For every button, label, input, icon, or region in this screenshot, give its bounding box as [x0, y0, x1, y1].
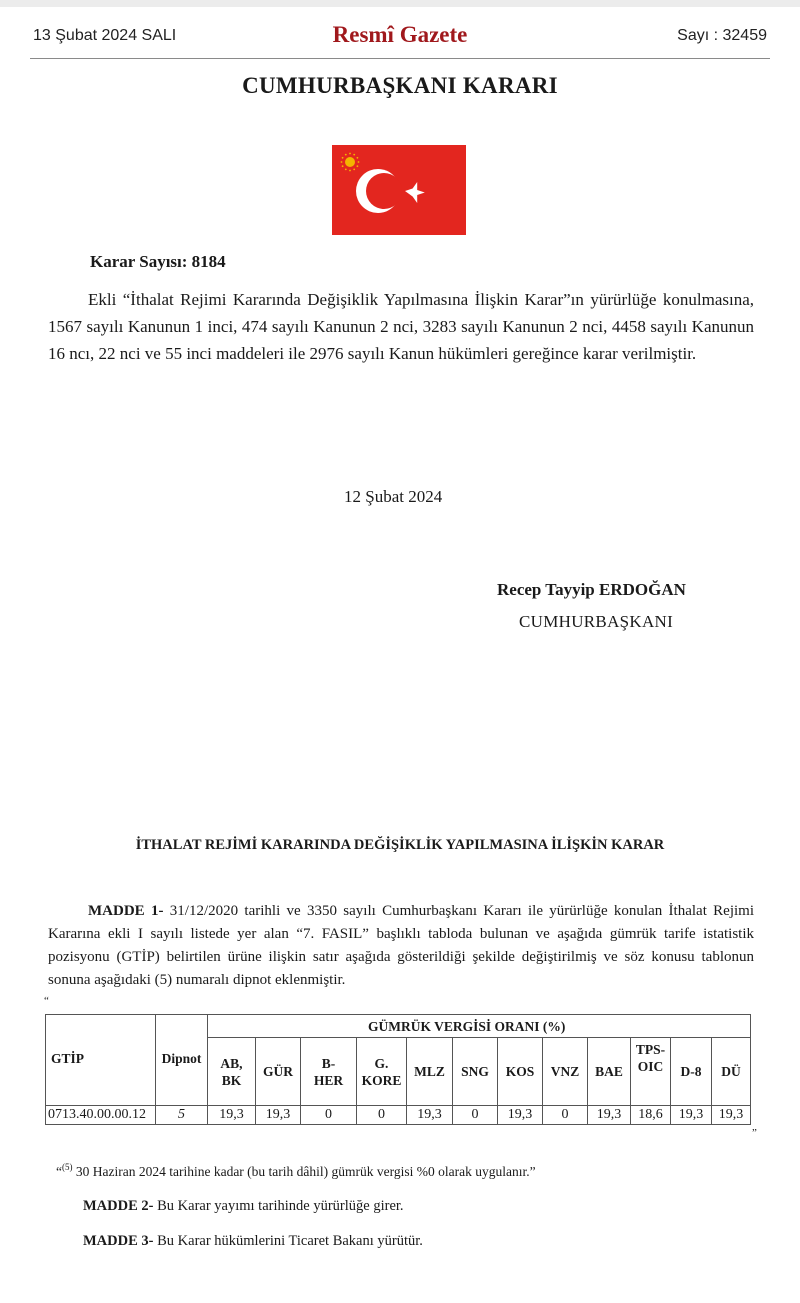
turkish-flag-icon	[332, 145, 466, 235]
header-rate: GÜR	[256, 1038, 301, 1106]
cell-rate: 19,3	[498, 1106, 543, 1125]
cell-rate: 19,3	[588, 1106, 631, 1125]
signature-date: 12 Şubat 2024	[344, 487, 442, 507]
article-3-text: Bu Karar hükümlerini Ticaret Bakanı yürü…	[153, 1233, 422, 1249]
gazette-issue-number: Sayı : 32459	[677, 27, 767, 45]
decision-number: Karar Sayısı: 8184	[90, 252, 226, 272]
article-1: MADDE 1- 31/12/2020 tarihli ve 3350 sayı…	[48, 900, 754, 992]
article-2-text: Bu Karar yayımı tarihinde yürürlüğe gire…	[153, 1198, 403, 1214]
header-rate: DÜ	[712, 1038, 751, 1106]
footnote-marker: (5)	[62, 1162, 73, 1172]
cell-rate: 19,3	[256, 1106, 301, 1125]
header-rate: MLZ	[407, 1038, 453, 1106]
footnote-5: “(5) 30 Haziran 2024 tarihine kadar (bu …	[56, 1164, 536, 1180]
header-rate: SNG	[453, 1038, 498, 1106]
table-open-quote: “	[44, 995, 49, 1007]
article-3: MADDE 3- Bu Karar hükümlerini Ticaret Ba…	[83, 1233, 423, 1250]
tariff-table: GTİP Dipnot GÜMRÜK VERGİSİ ORANI (%) AB,…	[45, 1014, 751, 1125]
table-row: 0713.40.00.00.12 5 19,3 19,3 0 0 19,3 0 …	[46, 1106, 751, 1125]
cell-rate: 0	[543, 1106, 588, 1125]
article-2: MADDE 2- Bu Karar yayımı tarihinde yürür…	[83, 1198, 404, 1215]
cell-rate: 0	[301, 1106, 357, 1125]
signer-name: Recep Tayyip ERDOĞAN	[497, 580, 686, 600]
header-dipnot: Dipnot	[156, 1015, 208, 1106]
table-header-row-1: GTİP Dipnot GÜMRÜK VERGİSİ ORANI (%)	[46, 1015, 751, 1038]
cell-rate: 18,6	[631, 1106, 671, 1125]
cell-rate: 19,3	[208, 1106, 256, 1125]
cell-rate: 0	[453, 1106, 498, 1125]
header-customs-rate-group: GÜMRÜK VERGİSİ ORANI (%)	[208, 1015, 751, 1038]
article-3-label: MADDE 3-	[83, 1233, 153, 1249]
header-divider	[30, 58, 770, 59]
header-rate: AB,BK	[208, 1038, 256, 1106]
article-1-label: MADDE 1-	[88, 903, 163, 919]
signer-title: CUMHURBAŞKANI	[519, 612, 673, 632]
article-2-label: MADDE 2-	[83, 1198, 153, 1214]
header-rate: KOS	[498, 1038, 543, 1106]
header-rate: D-8	[671, 1038, 712, 1106]
footnote-text: 30 Haziran 2024 tarihine kadar (bu tarih…	[76, 1164, 536, 1179]
header-rate: TPS-OIC	[631, 1038, 671, 1106]
header-rate: G.KORE	[357, 1038, 407, 1106]
cell-rate: 19,3	[712, 1106, 751, 1125]
cell-rate: 19,3	[671, 1106, 712, 1125]
header-rate: BAE	[588, 1038, 631, 1106]
header-gtip: GTİP	[46, 1015, 156, 1106]
preamble-paragraph: Ekli “İthalat Rejimi Kararında Değişikli…	[48, 286, 754, 367]
header-rate: B-HER	[301, 1038, 357, 1106]
cell-rate: 19,3	[407, 1106, 453, 1125]
annex-title: İTHALAT REJİMİ KARARINDA DEĞİŞİKLİK YAPI…	[0, 837, 800, 854]
table-close-quote: ”	[752, 1127, 757, 1139]
cell-rate: 0	[357, 1106, 407, 1125]
header-rate: VNZ	[543, 1038, 588, 1106]
cell-gtip: 0713.40.00.00.12	[46, 1106, 156, 1125]
document-type-heading: CUMHURBAŞKANI KARARI	[0, 73, 800, 99]
top-bar	[0, 0, 800, 7]
cell-dipnot: 5	[156, 1106, 208, 1125]
